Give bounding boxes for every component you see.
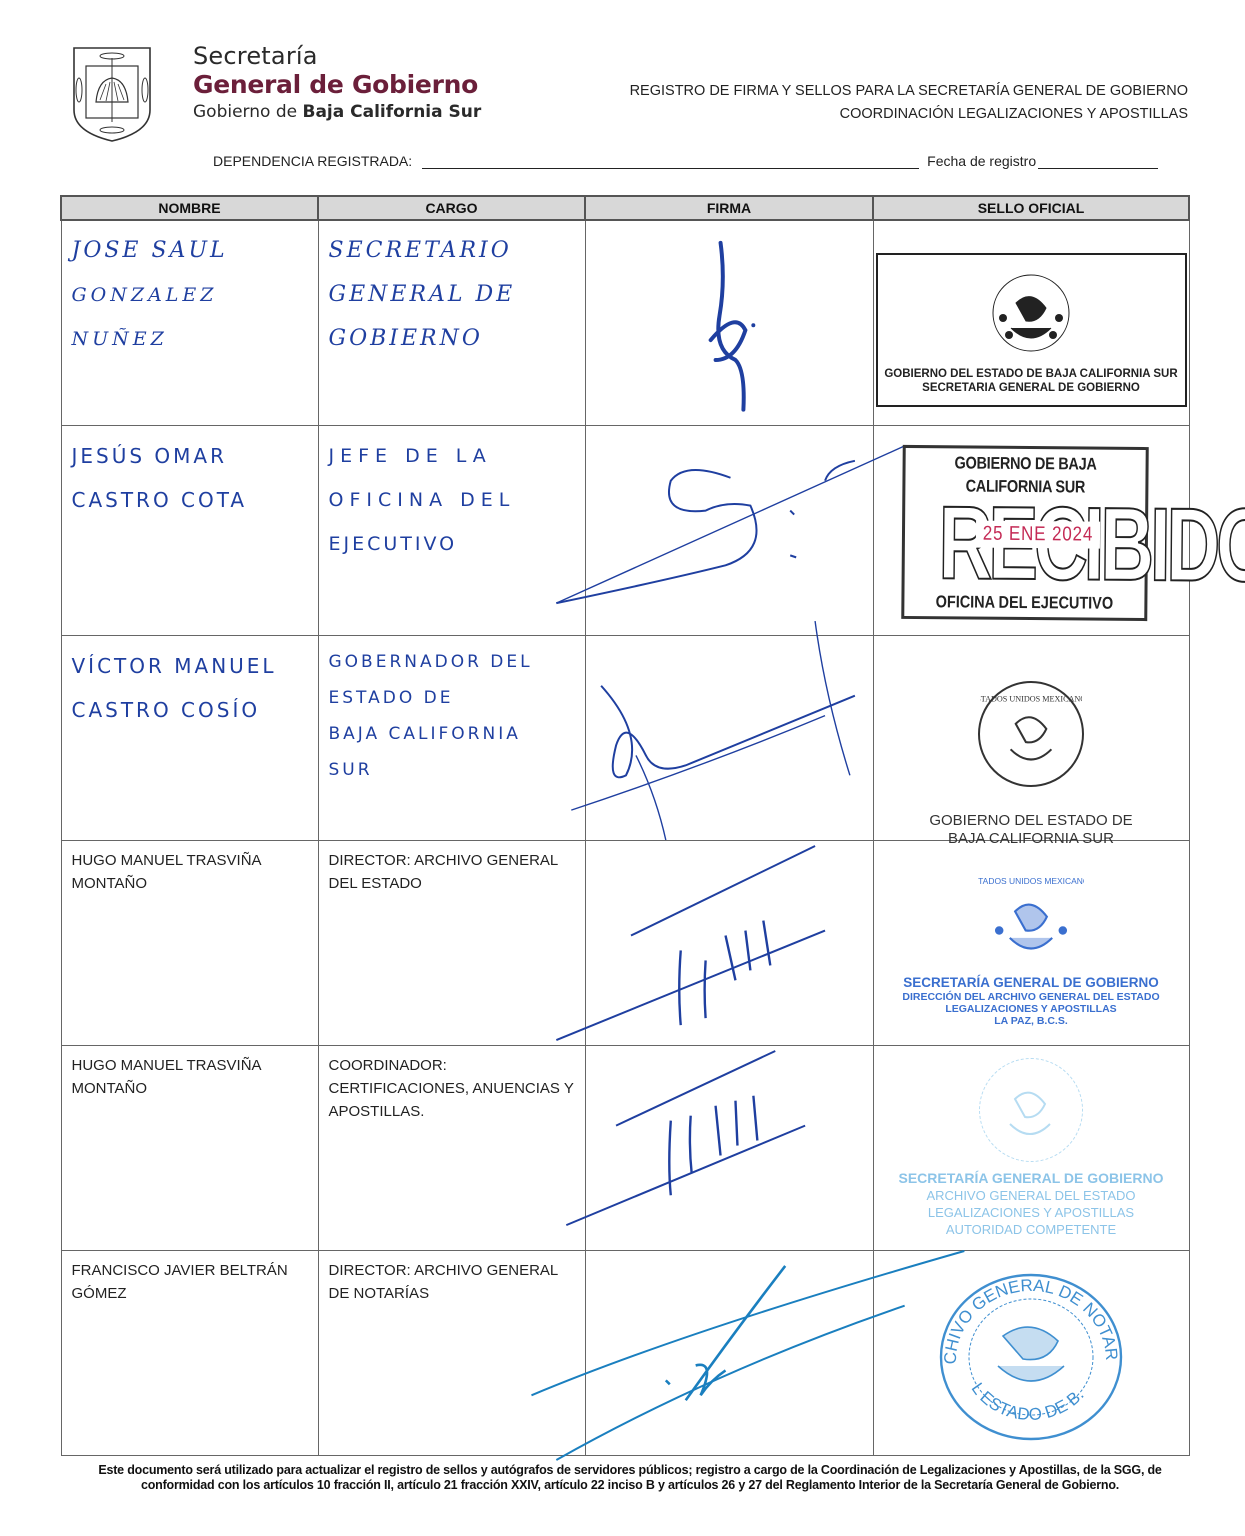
nombre-line: GÓMEZ [72, 1282, 308, 1305]
signature-icon [586, 426, 873, 635]
signature-icon [586, 841, 873, 1045]
cargo-cell: Secretario General de Gobierno [318, 220, 585, 425]
firma-cell [585, 1250, 873, 1455]
nombre-line: MONTAÑO [72, 1077, 308, 1100]
coat-of-arms-logo-icon [70, 44, 154, 144]
mexican-eagle-emblem-icon: ESTADOS UNIDOS MEXICANOS [978, 681, 1084, 787]
registry-table: NOMBRE CARGO FIRMA SELLO OFICIAL Jose Sa… [60, 195, 1190, 1456]
cargo-line: Jefe de la [329, 434, 575, 478]
mexican-eagle-emblem-icon [979, 1058, 1083, 1162]
nombre-cell: HUGO MANUEL TRASVIÑA MONTAÑO [61, 1045, 318, 1250]
cargo-line: DEL ESTADO [329, 872, 575, 895]
mexican-eagle-emblem-icon [981, 263, 1081, 363]
seal-line: ARCHIVO GENERAL DEL ESTADO [874, 1187, 1189, 1204]
cargo-line: General de [329, 273, 575, 317]
seal-text: SECRETARÍA GENERAL DE GOBIERNO DIRECCIÓN… [874, 975, 1189, 1027]
cargo-line: Gobernador del [329, 644, 575, 680]
sello-cell: GOBIERNO DEL ESTADO DE BAJA CALIFORNIA S… [873, 220, 1189, 425]
cargo-line: Baja California [329, 716, 575, 752]
table-row: HUGO MANUEL TRASVIÑA MONTAÑO DIRECTOR: A… [61, 840, 1189, 1045]
table-header-row: NOMBRE CARGO FIRMA SELLO OFICIAL [61, 196, 1189, 220]
cargo-line: Gobierno [329, 317, 575, 361]
cargo-line: DE NOTARÍAS [329, 1282, 575, 1305]
cargo-line: APOSTILLAS. [329, 1100, 575, 1123]
sello-cell: ESTADOS UNIDOS MEXICANOS GOBIERNO DEL ES… [873, 635, 1189, 840]
nombre-line: Jesús Omar [72, 434, 308, 478]
firma-cell [585, 1045, 873, 1250]
column-header-nombre: NOMBRE [61, 196, 318, 220]
nombre-cell: Jesús Omar Castro Cota [61, 425, 318, 635]
seal-line: LEGALIZACIONES Y APOSTILLAS [874, 1003, 1189, 1015]
column-header-cargo: CARGO [318, 196, 585, 220]
cargo-cell: COORDINADOR: CERTIFICACIONES, ANUENCIAS … [318, 1045, 585, 1250]
seal-line: LEGALIZACIONES Y APOSTILLAS [874, 1204, 1189, 1221]
brand-general-de-gobierno: General de Gobierno [193, 70, 481, 100]
cargo-line: Oficina del [329, 478, 575, 522]
recibido-stamp: GOBIERNO DE BAJA CALIFORNIA SUR RECIBIDO… [901, 444, 1149, 620]
table-row: Víctor Manuel Castro Cosío Gobernador de… [61, 635, 1189, 840]
nombre-cell: Jose Saul Gonzalez Nuñez [61, 220, 318, 425]
brand-prefix: Gobierno de [193, 102, 297, 122]
stamp-date: 25 ENE 2024 [975, 520, 1099, 548]
nombre-line: Jose Saul [72, 229, 308, 273]
nombre-line: HUGO MANUEL TRASVIÑA [72, 1054, 308, 1077]
column-header-sello: SELLO OFICIAL [873, 196, 1189, 220]
seal-line: AUTORIDAD COMPETENTE [874, 1221, 1189, 1238]
cargo-line: Secretario [329, 229, 575, 273]
firma-cell [585, 840, 873, 1045]
firma-cell [585, 635, 873, 840]
signature-icon [586, 1251, 873, 1455]
nombre-line: Víctor Manuel [72, 644, 308, 688]
table-row: Jesús Omar Castro Cota Jefe de la Oficin… [61, 425, 1189, 635]
dependencia-label: DEPENDENCIA REGISTRADA: [213, 153, 412, 169]
official-seal-box: GOBIERNO DEL ESTADO DE BAJA CALIFORNIA S… [876, 253, 1187, 407]
dependencia-field[interactable] [422, 153, 919, 169]
brand-gobierno-bcs: Gobierno de Baja California Sur [193, 100, 481, 124]
cargo-line: COORDINADOR: [329, 1054, 575, 1077]
nombre-cell: HUGO MANUEL TRASVIÑA MONTAÑO [61, 840, 318, 1045]
nombre-line: FRANCISCO JAVIER BELTRÁN [72, 1259, 308, 1282]
dependencia-row: DEPENDENCIA REGISTRADA: Fecha de registr… [213, 153, 1189, 169]
fecha-label: Fecha de registro [927, 153, 1036, 169]
cargo-cell: Jefe de la Oficina del Ejecutivo [318, 425, 585, 635]
mexican-eagle-emblem-icon: ESTADOS UNIDOS MEXICANOS [978, 869, 1084, 975]
notarias-ring-seal-icon: ARCHIVO GENERAL DE NOTARÍAS DEL ESTADO D… [938, 1271, 1124, 1443]
nombre-line: Gonzalez Nuñez [72, 273, 308, 361]
nombre-line: MONTAÑO [72, 872, 308, 895]
svg-text:ESTADOS UNIDOS MEXICANOS: ESTADOS UNIDOS MEXICANOS [978, 875, 1084, 885]
seal-line: GOBIERNO DEL ESTADO DE [874, 812, 1189, 830]
sello-cell: ESTADOS UNIDOS MEXICANOS SECRETARÍA GENE… [873, 840, 1189, 1045]
seal-text: SECRETARÍA GENERAL DE GOBIERNO ARCHIVO G… [874, 1170, 1189, 1238]
document-title: REGISTRO DE FIRMA Y SELLOS PARA LA SECRE… [630, 80, 1188, 126]
cargo-line: Sur [329, 752, 575, 788]
brand-secretaria: Secretaría [193, 42, 481, 70]
document-title-line2: COORDINACIÓN LEGALIZACIONES Y APOSTILLAS [630, 103, 1188, 126]
column-header-firma: FIRMA [585, 196, 873, 220]
stamp-bottom-text: OFICINA DEL EJECUTIVO [922, 590, 1126, 615]
cargo-cell: DIRECTOR: ARCHIVO GENERAL DE NOTARÍAS [318, 1250, 585, 1455]
firma-cell [585, 220, 873, 425]
fecha-field[interactable] [1038, 153, 1158, 169]
cargo-line: DIRECTOR: ARCHIVO GENERAL [329, 1259, 575, 1282]
cargo-line: CERTIFICACIONES, ANUENCIAS Y [329, 1077, 575, 1100]
svg-text:ESTADOS UNIDOS MEXICANOS: ESTADOS UNIDOS MEXICANOS [980, 694, 1082, 703]
nombre-cell: FRANCISCO JAVIER BELTRÁN GÓMEZ [61, 1250, 318, 1455]
nombre-cell: Víctor Manuel Castro Cosío [61, 635, 318, 840]
sello-cell: GOBIERNO DE BAJA CALIFORNIA SUR RECIBIDO… [873, 425, 1189, 635]
document-title-line1: REGISTRO DE FIRMA Y SELLOS PARA LA SECRE… [630, 80, 1188, 103]
signature-icon [586, 636, 873, 840]
nombre-line: Castro Cota [72, 478, 308, 522]
sello-cell: SECRETARÍA GENERAL DE GOBIERNO ARCHIVO G… [873, 1045, 1189, 1250]
nombre-line: HUGO MANUEL TRASVIÑA [72, 849, 308, 872]
cargo-line: DIRECTOR: ARCHIVO GENERAL [329, 849, 575, 872]
sello-cell: ARCHIVO GENERAL DE NOTARÍAS DEL ESTADO D… [873, 1250, 1189, 1455]
cargo-line: Estado de [329, 680, 575, 716]
brand-bold: Baja California Sur [302, 102, 481, 122]
signature-icon [586, 1046, 873, 1250]
signature-icon [586, 221, 873, 425]
table-row: Jose Saul Gonzalez Nuñez Secretario Gene… [61, 220, 1189, 425]
nombre-line: Castro Cosío [72, 688, 308, 732]
table-row: FRANCISCO JAVIER BELTRÁN GÓMEZ DIRECTOR:… [61, 1250, 1189, 1455]
brand-block: Secretaría General de Gobierno Gobierno … [193, 42, 481, 124]
seal-line: SECRETARÍA GENERAL DE GOBIERNO [874, 1170, 1189, 1187]
cargo-line: Ejecutivo [329, 522, 575, 566]
seal-line: GOBIERNO DEL ESTADO DE BAJA CALIFORNIA S… [878, 367, 1185, 381]
seal-line: SECRETARÍA GENERAL DE GOBIERNO [874, 975, 1189, 991]
cargo-cell: Gobernador del Estado de Baja California… [318, 635, 585, 840]
table-row: HUGO MANUEL TRASVIÑA MONTAÑO COORDINADOR… [61, 1045, 1189, 1250]
firma-cell [585, 425, 873, 635]
seal-line: LA PAZ, B.C.S. [874, 1015, 1189, 1027]
seal-line: DIRECCIÓN DEL ARCHIVO GENERAL DEL ESTADO [874, 991, 1189, 1003]
footer-legal-note: Este documento será utilizado para actua… [65, 1463, 1195, 1493]
seal-line: SECRETARIA GENERAL DE GOBIERNO [878, 381, 1185, 395]
cargo-cell: DIRECTOR: ARCHIVO GENERAL DEL ESTADO [318, 840, 585, 1045]
